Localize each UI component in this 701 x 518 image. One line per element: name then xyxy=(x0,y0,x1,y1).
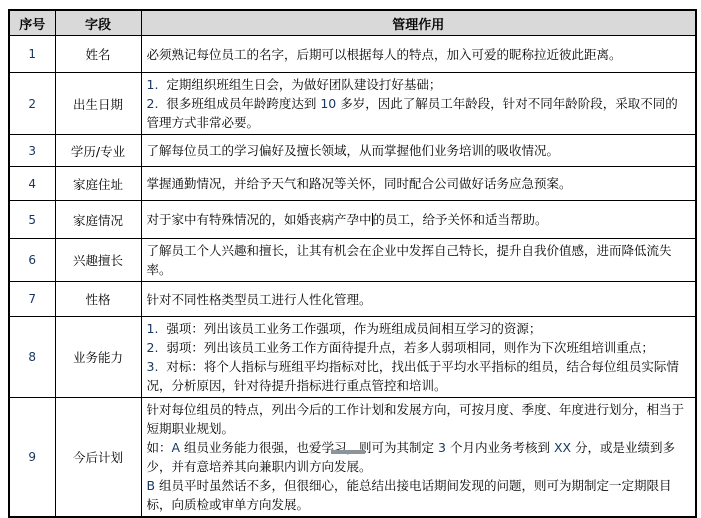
field-cell[interactable]: 姓名 xyxy=(55,36,141,73)
cn-text: 组员平时虽然话不多，但很细心，能总结出接电话期间发现的问题，则可为期制定一定期限… xyxy=(147,478,672,512)
cn-text: 很多班组成员年龄跨度达到 xyxy=(158,96,320,111)
field-name: 今后计划 xyxy=(73,450,123,465)
row-number-cell[interactable]: 5 xyxy=(9,201,55,239)
paragraph: 必须熟记每位员工的名字，后期可以根据每人的特点，加入可爱的昵称拉近彼此距离。 xyxy=(147,45,690,64)
row-number-cell[interactable]: 8 xyxy=(9,317,55,398)
cn-text: 个月内业务考核到 xyxy=(446,440,554,455)
field-name: 兴趣擅长 xyxy=(73,253,123,268)
cn-text: 针对不同性格类型员工进行人性化管理。 xyxy=(147,292,372,307)
cn-text: 对标：将个人指标与班组平均指标对比，找出低于平均水平指标的组员，结合每位组员实际… xyxy=(147,359,679,393)
paragraph: 了解每位员工的学习偏好及擅长领域，从而掌握他们业务培训的吸收情况。 xyxy=(147,141,690,160)
field-cell[interactable]: 兴趣擅长 xyxy=(55,239,141,282)
content-cell[interactable]: 1. 强项：列出该员工业务工作强项，作为班组成员间相互学习的资源；2. 弱项：列… xyxy=(141,317,696,398)
paragraph: 1. 定期组织班组生日会，为做好团队建设打好基础； xyxy=(147,75,690,94)
latin-text: 3. xyxy=(147,359,159,374)
field-name: 业务能力 xyxy=(73,350,123,365)
paragraph: 针对每位组员的特点，列出今后的工作计划和发展方向，可按月度、季度、年度进行划分，… xyxy=(147,400,690,438)
cn-text: 对于家中有特殊情况的，如婚丧病产孕中 xyxy=(147,212,372,227)
row-number: 2 xyxy=(28,97,36,111)
field-cell[interactable]: 性格 xyxy=(55,282,141,317)
row-number: 8 xyxy=(28,350,36,364)
table-row: 9 今后计划 针对每位组员的特点，列出今后的工作计划和发展方向，可按月度、季度、… xyxy=(9,398,696,518)
latin-text: A xyxy=(172,440,181,455)
paragraph: 1. 强项：列出该员工业务工作强项，作为班组成员间相互学习的资源； xyxy=(147,319,690,338)
row-number: 3 xyxy=(28,144,36,158)
cn-text: 组员业务能力很强，也爱学习，则可为其制定 xyxy=(180,440,438,455)
row-number: 9 xyxy=(28,450,36,464)
field-cell[interactable]: 业务能力 xyxy=(55,317,141,398)
table-header-row: 序号 字段 管理作用 xyxy=(9,10,696,36)
cn-text: 了解每位员工的学习偏好及擅长领域，从而掌握他们业务培训的吸收情况。 xyxy=(147,143,560,158)
row-number-cell[interactable]: 6 xyxy=(9,239,55,282)
cn-text: 针对每位组员的特点，列出今后的工作计划和发展方向，可按月度、季度、年度进行划分，… xyxy=(147,402,685,436)
paragraph: B 组员平时虽然话不多，但很细心，能总结出接电话期间发现的问题，则可为期制定一定… xyxy=(147,476,690,514)
field-cell[interactable]: 今后计划 xyxy=(55,398,141,518)
cn-text: 弱项：列出该员工业务工作方面待提升点，若多人弱项相同，则作为下次班组培训重点； xyxy=(158,340,653,355)
paragraph: 2. 很多班组成员年龄跨度达到 10 多岁，因此了解员工年龄段，针对不同年龄阶段… xyxy=(147,94,690,132)
table-body: 1 姓名 必须熟记每位员工的名字，后期可以根据每人的特点，加入可爱的昵称拉近彼此… xyxy=(9,36,696,518)
row-number: 4 xyxy=(28,177,36,191)
content-cell[interactable]: 1. 定期组织班组生日会，为做好团队建设打好基础；2. 很多班组成员年龄跨度达到… xyxy=(141,73,696,135)
field-name: 学历/专业 xyxy=(71,144,125,159)
field-cell[interactable]: 出生日期 xyxy=(55,73,141,135)
table-row: 1 姓名 必须熟记每位员工的名字，后期可以根据每人的特点，加入可爱的昵称拉近彼此… xyxy=(9,36,696,73)
cn-text: 如： xyxy=(147,440,172,455)
table-row: 8 业务能力 1. 强项：列出该员工业务工作强项，作为班组成员间相互学习的资源；… xyxy=(9,317,696,398)
table-row: 6 兴趣擅长 了解员工个人兴趣和擅长，让其有机会在企业中发挥自己特长，提升自我价… xyxy=(9,239,696,282)
row-number-cell[interactable]: 1 xyxy=(9,36,55,73)
paragraph: 3. 对标：将个人指标与班组平均指标对比，找出低于平均水平指标的组员，结合每位组… xyxy=(147,357,690,395)
col-header-field[interactable]: 字段 xyxy=(55,10,141,36)
latin-text: 1. xyxy=(147,321,159,336)
latin-text: 2. xyxy=(147,96,159,111)
field-cell[interactable]: 家庭住址 xyxy=(55,167,141,201)
field-name: 姓名 xyxy=(85,47,110,62)
field-name: 家庭情况 xyxy=(73,213,123,228)
content-cell[interactable]: 对于家中有特殊情况的，如婚丧病产孕中的员工，给予关怀和适当帮助。 xyxy=(141,201,696,239)
latin-text: 2. xyxy=(147,340,159,355)
row-number: 7 xyxy=(28,292,36,306)
cn-text: 了解员工个人兴趣和擅长，让其有机会在企业中发挥自己特长，提升自我价值感，进而降低… xyxy=(147,243,672,277)
field-name: 出生日期 xyxy=(73,97,123,112)
field-cell[interactable]: 学历/专业 xyxy=(55,135,141,167)
table-row: 4 家庭住址 掌握通勤情况，并给予天气和路况等关怀，同时配合公司做好话务应急预案… xyxy=(9,167,696,201)
latin-text: XX xyxy=(554,440,571,455)
paragraph: 针对不同性格类型员工进行人性化管理。 xyxy=(147,290,690,309)
field-cell[interactable]: 家庭情况 xyxy=(55,201,141,239)
content-cell[interactable]: 针对每位组员的特点，列出今后的工作计划和发展方向，可按月度、季度、年度进行划分，… xyxy=(141,398,696,518)
table-row: 5 家庭情况 对于家中有特殊情况的，如婚丧病产孕中的员工，给予关怀和适当帮助。 xyxy=(9,201,696,239)
content-cell[interactable]: 掌握通勤情况，并给予天气和路况等关怀，同时配合公司做好话务应急预案。 xyxy=(141,167,696,201)
latin-text: B xyxy=(147,478,156,493)
row-number: 5 xyxy=(28,213,36,227)
col-header-management-purpose[interactable]: 管理作用 xyxy=(141,10,696,36)
table-row: 7 性格 针对不同性格类型员工进行人性化管理。 xyxy=(9,282,696,317)
row-number-cell[interactable]: 4 xyxy=(9,167,55,201)
paragraph: 2. 弱项：列出该员工业务工作方面待提升点，若多人弱项相同，则作为下次班组培训重… xyxy=(147,338,690,357)
row-number-cell[interactable]: 7 xyxy=(9,282,55,317)
row-number: 1 xyxy=(28,47,36,61)
row-number-cell[interactable]: 9 xyxy=(9,398,55,518)
content-cell[interactable]: 了解每位员工的学习偏好及擅长领域，从而掌握他们业务培训的吸收情况。 xyxy=(141,135,696,167)
cn-text: 的员工，给予关怀和适当帮助。 xyxy=(373,212,548,227)
content-cell[interactable]: 必须熟记每位员工的名字，后期可以根据每人的特点，加入可爱的昵称拉近彼此距离。 xyxy=(141,36,696,73)
latin-text: 3 xyxy=(438,440,446,455)
content-cell[interactable]: 针对不同性格类型员工进行人性化管理。 xyxy=(141,282,696,317)
cn-text: 强项：列出该员工业务工作强项，作为班组成员间相互学习的资源； xyxy=(158,321,541,336)
latin-text: 1. xyxy=(147,77,159,92)
latin-text: 10 xyxy=(320,96,336,111)
table-resize-handle[interactable] xyxy=(331,450,365,454)
content-cell[interactable]: 了解员工个人兴趣和擅长，让其有机会在企业中发挥自己特长，提升自我价值感，进而降低… xyxy=(141,239,696,282)
table-row: 2 出生日期 1. 定期组织班组生日会，为做好团队建设打好基础；2. 很多班组成… xyxy=(9,73,696,135)
cn-text: 必须熟记每位员工的名字，后期可以根据每人的特点，加入可爱的昵称拉近彼此距离。 xyxy=(147,47,622,62)
field-management-table: 序号 字段 管理作用 1 姓名 必须熟记每位员工的名字，后期可以根据每人的特点，… xyxy=(8,9,697,518)
paragraph: 对于家中有特殊情况的，如婚丧病产孕中的员工，给予关怀和适当帮助。 xyxy=(147,210,690,229)
col-header-number[interactable]: 序号 xyxy=(9,10,55,36)
row-number-cell[interactable]: 3 xyxy=(9,135,55,167)
paragraph: 掌握通勤情况，并给予天气和路况等关怀，同时配合公司做好话务应急预案。 xyxy=(147,174,690,193)
paragraph: 如：A 组员业务能力很强，也爱学习，则可为其制定 3 个月内业务考核到 XX 分… xyxy=(147,438,690,476)
row-number-cell[interactable]: 2 xyxy=(9,73,55,135)
row-number: 6 xyxy=(28,253,36,267)
paragraph: 了解员工个人兴趣和擅长，让其有机会在企业中发挥自己特长，提升自我价值感，进而降低… xyxy=(147,241,690,279)
cn-text: 掌握通勤情况，并给予天气和路况等关怀，同时配合公司做好话务应急预案。 xyxy=(147,176,572,191)
field-name: 家庭住址 xyxy=(73,177,123,192)
cn-text: 定期组织班组生日会，为做好团队建设打好基础； xyxy=(158,77,441,92)
field-name: 性格 xyxy=(85,292,110,307)
table-row: 3 学历/专业 了解每位员工的学习偏好及擅长领域，从而掌握他们业务培训的吸收情况… xyxy=(9,135,696,167)
